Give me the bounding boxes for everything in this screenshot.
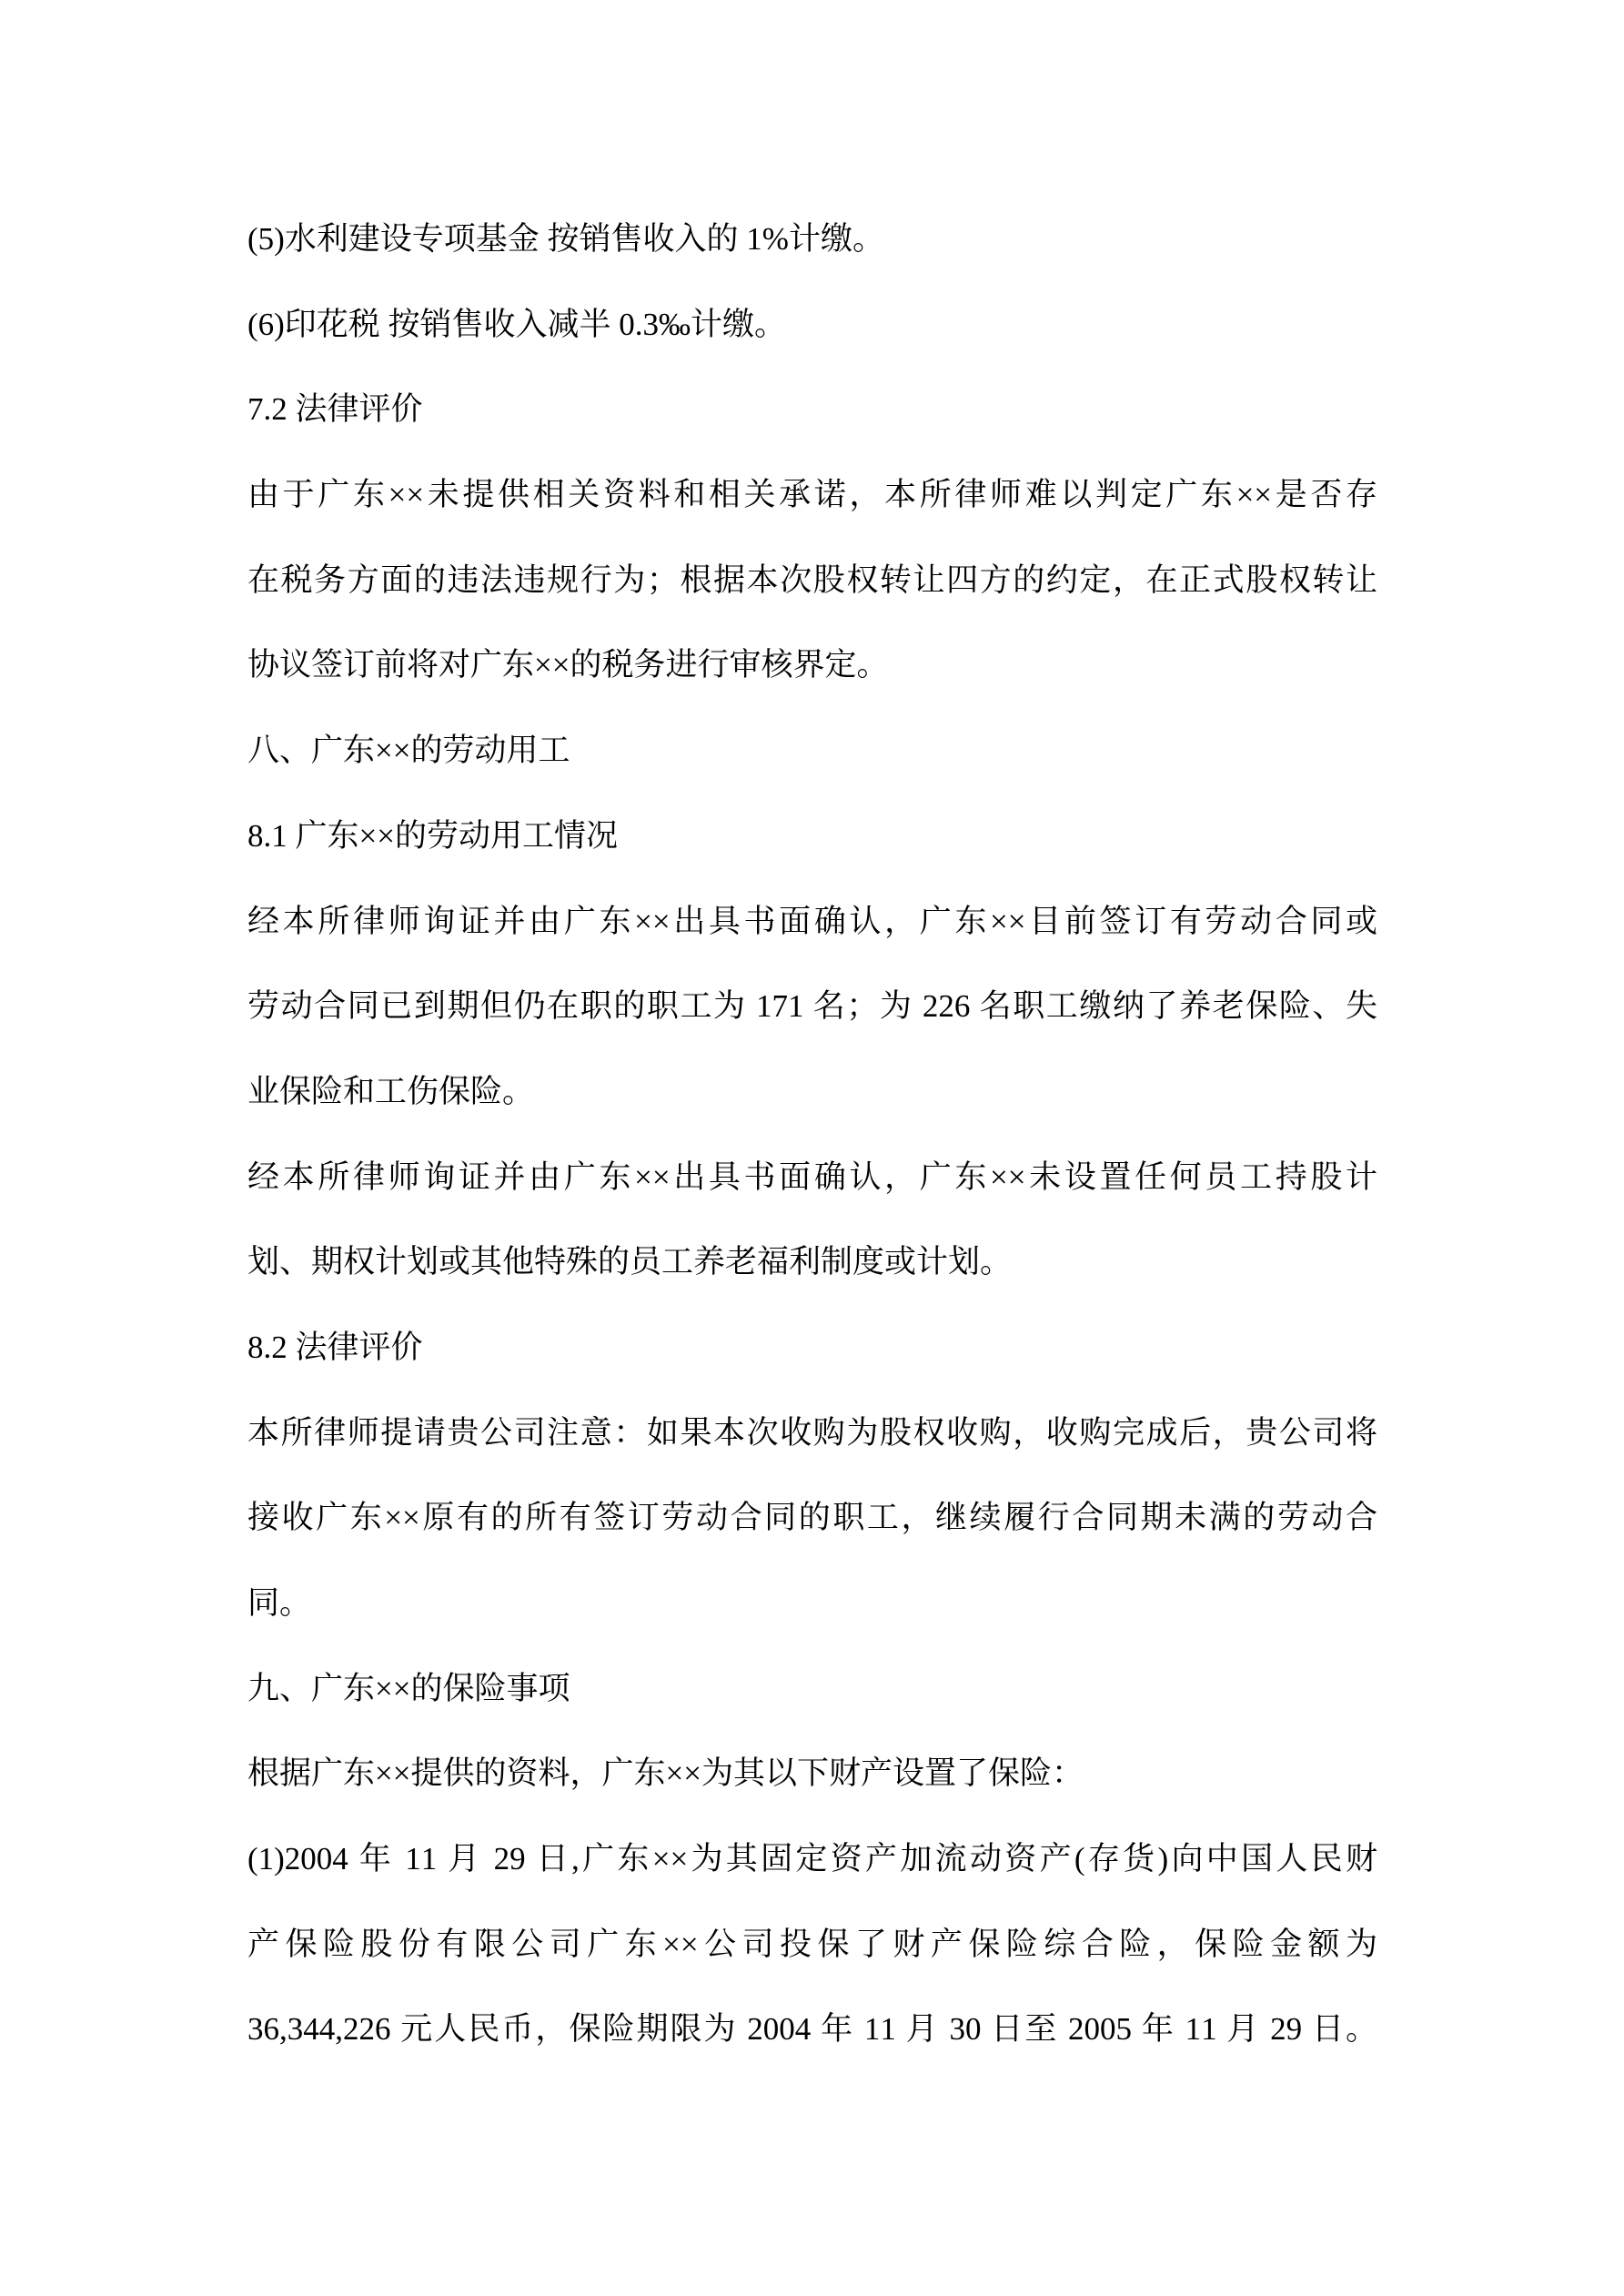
- document-line: (1)2004 年 11 月 29 日,广东××为其固定资产加流动资产(存货)向…: [247, 1816, 1377, 1902]
- document-text-block: (5)水利建设专项基金 按销售收入的 1%计缴。(6)印花税 按销售收入减半 0…: [247, 197, 1377, 2072]
- document-line: (6)印花税 按销售收入减半 0.3‰计缴。: [247, 282, 1377, 368]
- document-line: 在税务方面的违法违规行为；根据本次股权转让四方的约定，在正式股权转让: [247, 538, 1377, 623]
- document-line: 由于广东××未提供相关资料和相关承诺，本所律师难以判定广东××是否存: [247, 452, 1377, 538]
- document-line: 九、广东××的保险事项: [247, 1646, 1377, 1732]
- document-line: 接收广东××原有的所有签订劳动合同的职工，继续履行合同期未满的劳动合: [247, 1475, 1377, 1561]
- document-line: (5)水利建设专项基金 按销售收入的 1%计缴。: [247, 197, 1377, 282]
- document-line: 经本所律师询证并由广东××出具书面确认，广东××未设置任何员工持股计: [247, 1135, 1377, 1220]
- document-line: 根据广东××提供的资料，广东××为其以下财产设置了保险：: [247, 1731, 1377, 1816]
- document-line: 8.1 广东××的劳动用工情况: [247, 794, 1377, 879]
- document-line: 产保险股份有限公司广东××公司投保了财产保险综合险，保险金额为: [247, 1902, 1377, 1988]
- document-line: 同。: [247, 1561, 1377, 1646]
- document-line: 劳动合同已到期但仍在职的职工为 171 名；为 226 名职工缴纳了养老保险、失: [247, 964, 1377, 1049]
- document-line: 8.2 法律评价: [247, 1305, 1377, 1391]
- document-line: 协议签订前将对广东××的税务进行审核界定。: [247, 622, 1377, 708]
- document-page: (5)水利建设专项基金 按销售收入的 1%计缴。(6)印花税 按销售收入减半 0…: [0, 0, 1624, 2296]
- document-line: 八、广东××的劳动用工: [247, 708, 1377, 794]
- document-line: 36,344,226 元人民币，保险期限为 2004 年 11 月 30 日至 …: [247, 1987, 1377, 2072]
- document-line: 本所律师提请贵公司注意：如果本次收购为股权收购，收购完成后，贵公司将: [247, 1391, 1377, 1476]
- document-line: 7.2 法律评价: [247, 367, 1377, 452]
- document-line: 业保险和工伤保险。: [247, 1049, 1377, 1135]
- document-line: 经本所律师询证并由广东××出具书面确认，广东××目前签订有劳动合同或: [247, 879, 1377, 965]
- document-line: 划、期权计划或其他特殊的员工养老福利制度或计划。: [247, 1219, 1377, 1305]
